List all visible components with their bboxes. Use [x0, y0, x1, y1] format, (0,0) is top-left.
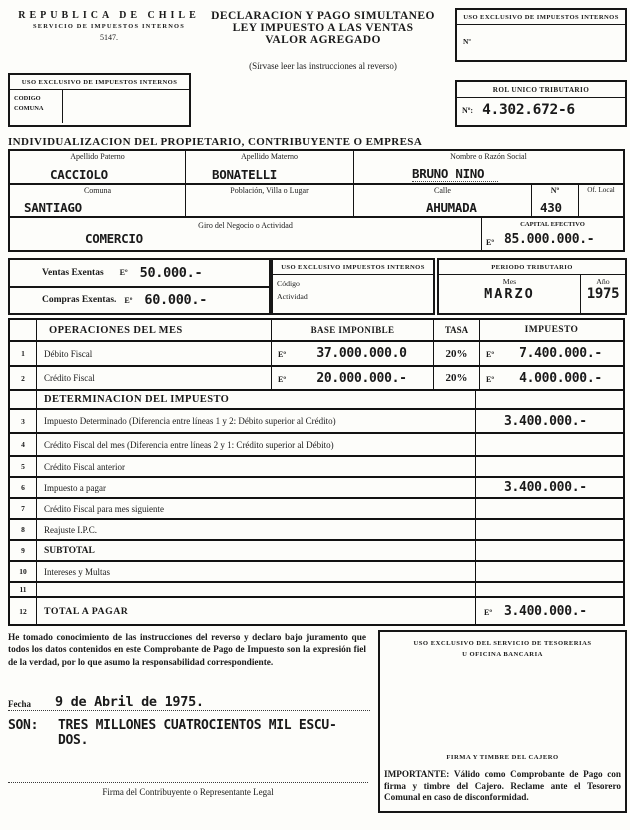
agency-header: REPUBLICA DE CHILE SERVICIO DE IMPUESTOS…: [18, 10, 200, 42]
col-num-header: [10, 320, 37, 340]
determination-title: DETERMINACION DEL IMPUESTO: [37, 391, 476, 408]
son-label: SON:: [8, 718, 38, 733]
impuesto-determinado-label: Impuesto Determinado (Diferencia entre l…: [37, 410, 476, 432]
blank-row-label: [37, 583, 476, 596]
form-title-line1: DECLARACION Y PAGO SIMULTANEO: [200, 10, 446, 22]
blank-row: 11: [10, 583, 623, 598]
rut-box-title: ROL UNICO TRIBUTARIO: [457, 82, 625, 98]
form-title-line2: LEY IMPUESTO A LAS VENTAS: [200, 22, 446, 34]
row9-num: 9: [10, 541, 37, 560]
oficina-local-cell: Of. Local: [579, 185, 623, 217]
calle-label: Calle: [354, 185, 531, 195]
debito-fiscal-label: Débito Fiscal: [37, 342, 272, 365]
credito-fiscal-base-cell: Eº 20.000.000.-: [272, 367, 434, 389]
cashier-signature-caption: FIRMA Y TIMBRE DEL CAJERO: [380, 754, 625, 761]
compras-exentas-row: Compras Exentas. Eº 60.000.-: [10, 288, 269, 314]
intereses-label: Intereses y Multas: [37, 562, 476, 581]
determination-value-cell: [476, 391, 623, 408]
tax-form-page: REPUBLICA DE CHILE SERVICIO DE IMPUESTOS…: [0, 0, 630, 830]
debito-impuesto-value: 7.400.000.-: [498, 346, 623, 361]
credito-base-value: 20.000.000.-: [290, 371, 433, 386]
period-box-title: PERIODO TRIBUTARIO: [439, 260, 625, 275]
debito-impuesto-currency: Eº: [480, 348, 498, 359]
ventas-exentas-label: Ventas Exentas: [42, 268, 104, 278]
credito-siguiente-row: 7 Crédito Fiscal para mes siguiente: [10, 499, 623, 520]
razon-social-cell: Nombre o Razón Social BRUNO NINO: [354, 151, 623, 183]
period-month-label: Mes: [439, 275, 580, 286]
determination-header-row: DETERMINACION DEL IMPUESTO: [10, 391, 623, 410]
rut-number-label: Nº:: [462, 106, 473, 115]
col-tasa-header: TASA: [434, 320, 480, 340]
row5-num: 5: [10, 457, 37, 476]
numero-label: Nº: [532, 185, 578, 195]
capital-label: CAPITAL EFECTIVO: [482, 218, 623, 228]
intereses-value: [476, 562, 623, 581]
reajuste-value: [476, 520, 623, 539]
identification-table: Apellido Paterno CACCIOLO Apellido Mater…: [8, 149, 625, 252]
compras-exentas-value: 60.000.-: [144, 292, 207, 308]
razon-social-value: BRUNO NINO: [412, 166, 498, 182]
identification-row-names: Apellido Paterno CACCIOLO Apellido Mater…: [10, 151, 623, 185]
comuna-value: SANTIAGO: [24, 200, 82, 215]
calle-cell: Calle AHUMADA: [354, 185, 532, 217]
identification-row-address: Comuna SANTIAGO Población, Villa o Lugar…: [10, 185, 623, 219]
comuna-code-value-cell: [63, 90, 189, 123]
razon-social-label: Nombre o Razón Social: [354, 151, 623, 161]
credito-siguiente-value: [476, 499, 623, 518]
giro-cell: Giro del Negocio o Actividad COMERCIO: [10, 218, 482, 250]
credito-tasa-value: 20%: [434, 367, 480, 389]
important-note: IMPORTANTE: Válido como Comprobante de P…: [384, 769, 621, 804]
credito-impuesto-value: 4.000.000.-: [498, 371, 623, 386]
period-year-cell: Año 1975: [581, 275, 625, 313]
comuna-code-label-line2: COMUNA: [14, 105, 62, 112]
impuesto-determinado-row: 3 Impuesto Determinado (Diferencia entre…: [10, 410, 623, 434]
identification-section-title: INDIVIDUALIZACION DEL PROPIETARIO, CONTR…: [8, 136, 422, 148]
capital-currency: Eº: [486, 238, 494, 247]
credito-impuesto-currency: Eº: [480, 373, 498, 384]
giro-label: Giro del Negocio o Actividad: [10, 218, 481, 230]
identification-row-giro: Giro del Negocio o Actividad COMERCIO CA…: [10, 218, 623, 250]
debito-base-value: 37.000.000.0: [290, 346, 433, 361]
row3-num: 3: [10, 410, 37, 432]
row7-num: 7: [10, 499, 37, 518]
determination-num-cell: [10, 391, 37, 408]
credito-mes-value: [476, 434, 623, 455]
sii-activity-box: USO EXCLUSIVO IMPUESTOS INTERNOS Código …: [271, 258, 435, 315]
col-impuesto-header: IMPUESTO: [480, 320, 623, 340]
calle-value: AHUMADA: [426, 200, 477, 215]
apellido-paterno-label: Apellido Paterno: [10, 151, 185, 161]
row8-num: 8: [10, 520, 37, 539]
credito-siguiente-label: Crédito Fiscal para mes siguiente: [37, 499, 476, 518]
treasury-box: USO EXCLUSIVO DEL SERVICIO DE TESORERIAS…: [378, 630, 627, 813]
important-note-label: IMPORTANTE:: [384, 769, 449, 779]
impuesto-determinado-value: 3.400.000.-: [476, 410, 623, 432]
compras-exentas-currency: Eº: [124, 296, 132, 305]
compras-exentas-label: Compras Exentas.: [42, 295, 116, 305]
declaration-text: He tomado conocimiento de las instruccio…: [8, 632, 366, 669]
son-line2: DOS.: [58, 733, 378, 748]
credito-anterior-row: 5 Crédito Fiscal anterior: [10, 457, 623, 478]
form-title-line3: VALOR AGREGADO: [200, 34, 446, 46]
poblacion-label: Población, Villa o Lugar: [186, 185, 353, 195]
debito-tasa-value: 20%: [434, 342, 480, 365]
row6-num: 6: [10, 478, 37, 497]
treasury-title-line1: USO EXCLUSIVO DEL SERVICIO DE TESORERIAS: [380, 640, 625, 647]
agency-subname: SERVICIO DE IMPUESTOS INTERNOS: [18, 23, 200, 30]
sii-use-box-title: USO EXCLUSIVO DE IMPUESTOS INTERNOS: [457, 10, 625, 25]
treasury-title-line2: U OFICINA BANCARIA: [380, 651, 625, 658]
subtotal-label: SUBTOTAL: [37, 541, 476, 560]
operations-table: OPERACIONES DEL MES BASE IMPONIBLE TASA …: [8, 318, 625, 626]
credito-mes-row: 4 Crédito Fiscal del mes (Diferencia ent…: [10, 434, 623, 457]
rut-number-value: 4.302.672-6: [482, 102, 575, 118]
form-title: DECLARACION Y PAGO SIMULTANEO LEY IMPUES…: [200, 10, 446, 71]
total-pagar-label: TOTAL A PAGAR: [37, 598, 476, 624]
impuesto-pagar-label: Impuesto a pagar: [37, 478, 476, 497]
instructions-note: (Sírvase leer las instrucciones al rever…: [200, 61, 446, 71]
rut-box: ROL UNICO TRIBUTARIO Nº: 4.302.672-6: [455, 80, 627, 127]
subtotal-row: 9 SUBTOTAL: [10, 541, 623, 562]
credito-anterior-value: [476, 457, 623, 476]
comuna-code-label: CODIGO COMUNA: [10, 90, 63, 123]
intereses-row: 10 Intereses y Multas: [10, 562, 623, 583]
operations-header-row: OPERACIONES DEL MES BASE IMPONIBLE TASA …: [10, 320, 623, 342]
sii-use-box: USO EXCLUSIVO DE IMPUESTOS INTERNOS Nº: [455, 8, 627, 62]
period-month-cell: Mes MARZO: [439, 275, 581, 313]
credito-fiscal-label: Crédito Fiscal: [37, 367, 272, 389]
credito-mes-label: Crédito Fiscal del mes (Diferencia entre…: [37, 434, 476, 455]
capital-value-wrap: Eº 85.000.000.-: [486, 232, 594, 247]
apellido-paterno-cell: Apellido Paterno CACCIOLO: [10, 151, 186, 183]
comuna-code-box: USO EXCLUSIVO DE IMPUESTOS INTERNOS CODI…: [8, 73, 191, 127]
sii-use-number-label: Nº: [457, 25, 625, 46]
reajuste-row: 8 Reajuste I.P.C.: [10, 520, 623, 541]
giro-value: COMERCIO: [85, 231, 143, 246]
row4-num: 4: [10, 434, 37, 455]
capital-cell: CAPITAL EFECTIVO Eº 85.000.000.-: [482, 218, 623, 250]
period-box: PERIODO TRIBUTARIO Mes MARZO Año 1975: [437, 258, 627, 315]
credito-anterior-label: Crédito Fiscal anterior: [37, 457, 476, 476]
signature-caption: Firma del Contribuyente o Representante …: [8, 783, 368, 797]
actividad-label: Actividad: [273, 288, 433, 301]
apellido-materno-cell: Apellido Materno BONATELLI: [186, 151, 354, 183]
row1-num: 1: [10, 342, 37, 365]
impuesto-pagar-value: 3.400.000.-: [476, 478, 623, 497]
period-year-label: Año: [581, 275, 625, 286]
apellido-materno-label: Apellido Materno: [186, 151, 353, 161]
debito-base-currency: Eº: [272, 348, 290, 359]
son-line1: TRES MILLONES CUATROCIENTOS MIL ESCU-: [58, 718, 378, 733]
debito-impuesto-cell: Eº 7.400.000.-: [480, 342, 623, 365]
ventas-exentas-currency: Eº: [120, 268, 128, 277]
form-number: 5147.: [18, 33, 200, 42]
ventas-exentas-value: 50.000.-: [140, 265, 203, 281]
blank-row-value: [476, 583, 623, 596]
row10-num: 10: [10, 562, 37, 581]
capital-value: 85.000.000.-: [504, 232, 594, 247]
comuna-cell: Comuna SANTIAGO: [10, 185, 186, 217]
period-month-value: MARZO: [439, 286, 580, 302]
credito-base-currency: Eº: [272, 373, 290, 384]
total-pagar-cell: Eº 3.400.000.-: [476, 598, 623, 624]
apellido-materno-value: BONATELLI: [212, 167, 277, 182]
ventas-exentas-row: Ventas Exentas Eº 50.000.-: [10, 260, 269, 288]
son-block: SON: TRES MILLONES CUATROCIENTOS MIL ESC…: [8, 718, 378, 748]
col-base-header: BASE IMPONIBLE: [272, 320, 434, 340]
debito-fiscal-row: 1 Débito Fiscal Eº 37.000.000.0 20% Eº 7…: [10, 342, 623, 367]
comuna-box-title: USO EXCLUSIVO DE IMPUESTOS INTERNOS: [10, 75, 189, 90]
row12-num: 12: [10, 598, 37, 624]
exempt-box: Ventas Exentas Eº 50.000.- Compras Exent…: [8, 258, 271, 315]
credito-impuesto-cell: Eº 4.000.000.-: [480, 367, 623, 389]
col-operaciones-header: OPERACIONES DEL MES: [37, 320, 272, 340]
comuna-label: Comuna: [10, 185, 185, 195]
total-pagar-currency: Eº: [484, 606, 496, 617]
debito-fiscal-base-cell: Eº 37.000.000.0: [272, 342, 434, 365]
numero-value: 430: [540, 200, 562, 215]
credito-fiscal-row: 2 Crédito Fiscal Eº 20.000.000.- 20% Eº …: [10, 367, 623, 391]
row11-num: 11: [10, 583, 37, 596]
period-year-value: 1975: [581, 286, 625, 302]
impuesto-pagar-row: 6 Impuesto a pagar 3.400.000.-: [10, 478, 623, 499]
comuna-code-label-line1: CODIGO: [14, 95, 62, 102]
fecha-label: Fecha: [8, 699, 31, 709]
codigo-label: Código: [273, 275, 433, 288]
total-pagar-row: 12 TOTAL A PAGAR Eº 3.400.000.-: [10, 598, 623, 624]
total-pagar-value: 3.400.000.-: [504, 604, 587, 619]
row2-num: 2: [10, 367, 37, 389]
subtotal-value: [476, 541, 623, 560]
reajuste-label: Reajuste I.P.C.: [37, 520, 476, 539]
signature-area: Firma del Contribuyente o Representante …: [8, 782, 368, 797]
poblacion-cell: Población, Villa o Lugar: [186, 185, 354, 217]
fecha-row: Fecha 9 de Abril de 1975.: [8, 692, 370, 711]
fecha-value: 9 de Abril de 1975.: [55, 694, 204, 710]
apellido-paterno-value: CACCIOLO: [50, 167, 108, 182]
numero-cell: Nº 430: [532, 185, 579, 217]
sii-activity-title: USO EXCLUSIVO IMPUESTOS INTERNOS: [273, 260, 433, 275]
oficina-local-label: Of. Local: [579, 185, 623, 194]
agency-name: REPUBLICA DE CHILE: [18, 10, 200, 21]
